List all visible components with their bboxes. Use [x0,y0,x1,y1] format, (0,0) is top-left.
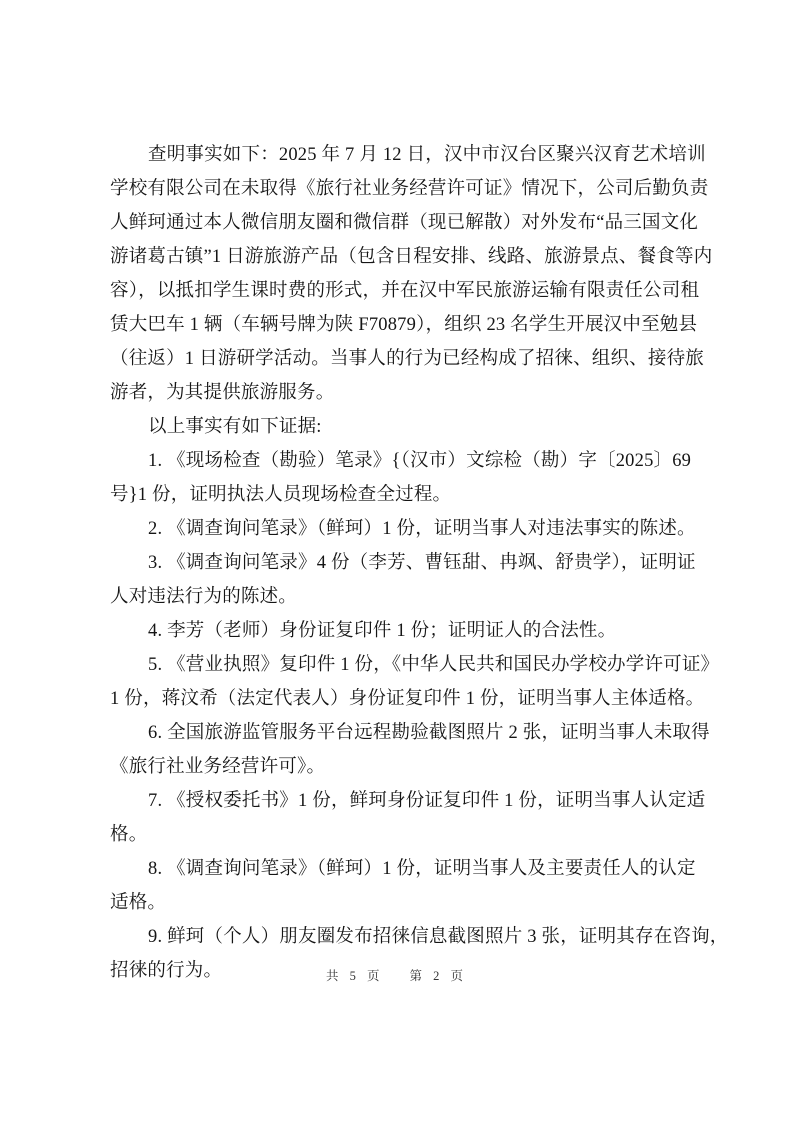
body-line-item2: 2. 《调查询问笔录》（鲜珂）1 份，证明当事人对违法事实的陈述。 [110,512,690,546]
body-line-item1-1: 1. 《现场检查（勘验）笔录》{（汉市）文综检（勘）字〔2025〕69 [110,444,690,478]
body-line-item7-2: 格。 [110,818,690,852]
footer-pages-total: 共 5 页 [326,969,384,983]
body-line-item3-1: 3. 《调查询问笔录》4 份（李芳、曹钰甜、冉飒、舒贵学），证明证 [110,546,690,580]
body-line-facts-8: 游者，为其提供旅游服务。 [110,376,690,410]
body-line-facts-7: （往返）1 日游研学活动。当事人的行为已经构成了招徕、组织、接待旅 [110,342,690,376]
body-line-item9-1: 9. 鲜珂（个人）朋友圈发布招徕信息截图照片 3 张，证明其存在咨询， [110,920,690,954]
body-line-item6-2: 《旅行社业务经营许可》。 [110,750,690,784]
body-line-facts-1: 查明事实如下：2025 年 7 月 12 日，汉中市汉台区聚兴汉育艺术培训 [110,138,690,172]
body-line-facts-4: 游诸葛古镇”1 日游旅游产品（包含日程安排、线路、旅游景点、餐食等内 [110,240,690,274]
body-line-item8-2: 适格。 [110,886,690,920]
body-line-evidence-intro: 以上事实有如下证据: [110,410,690,444]
body-line-item5-1: 5. 《营业执照》复印件 1 份，《中华人民共和国民办学校办学许可证》 [110,648,690,682]
body-line-item3-2: 人对违法行为的陈述。 [110,580,690,614]
body-line-item1-2: 号}1 份，证明执法人员现场检查全过程。 [110,478,690,512]
body-line-item7-1: 7. 《授权委托书》1 份，鲜珂身份证复印件 1 份，证明当事人认定适 [110,784,690,818]
body-line-facts-6: 赁大巴车 1 辆（车辆号牌为陕 F70879），组织 23 名学生开展汉中至勉县 [110,308,690,342]
page-footer: 共 5 页第 2 页 [0,966,793,984]
document-page: 查明事实如下：2025 年 7 月 12 日，汉中市汉台区聚兴汉育艺术培训 学校… [0,0,793,1121]
body-line-item5-2: 1 份，蒋汶希（法定代表人）身份证复印件 1 份，证明当事人主体适格。 [110,682,690,716]
body-line-facts-5: 容），以抵扣学生课时费的形式，并在汉中军民旅游运输有限责任公司租 [110,274,690,308]
footer-page-current: 第 2 页 [410,969,468,983]
body-line-facts-2: 学校有限公司在未取得《旅行社业务经营许可证》情况下，公司后勤负责 [110,172,690,206]
body-line-item6-1: 6. 全国旅游监管服务平台远程勘验截图照片 2 张，证明当事人未取得 [110,716,690,750]
body-line-item4: 4. 李芳（老师）身份证复印件 1 份；证明证人的合法性。 [110,614,690,648]
body-line-facts-3: 人鲜珂通过本人微信朋友圈和微信群（现已解散）对外发布“品三国文化 [110,206,690,240]
body-line-item8-1: 8. 《调查询问笔录》（鲜珂）1 份，证明当事人及主要责任人的认定 [110,852,690,886]
document-body: 查明事实如下：2025 年 7 月 12 日，汉中市汉台区聚兴汉育艺术培训 学校… [110,138,690,988]
